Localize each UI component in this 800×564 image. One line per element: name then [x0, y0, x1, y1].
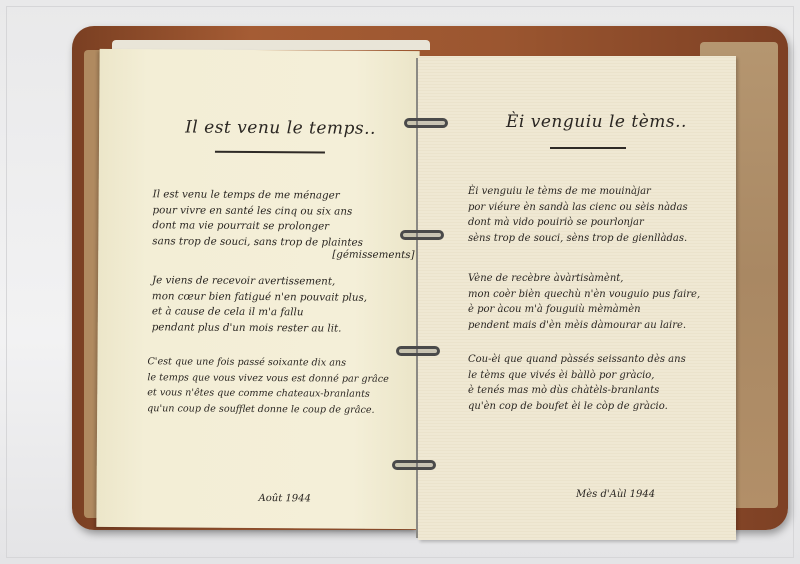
- binder-ring: [392, 460, 436, 470]
- left-page-date: Août 1944: [258, 493, 310, 504]
- poem-line: qu'èn cop de boufet èi le còp de gràcio.: [468, 399, 686, 415]
- right-page: Èi venguiu le tèms.. Èi venguiu le tèms …: [418, 56, 736, 540]
- title-underline: [550, 147, 626, 149]
- left-stanza-3: C'est que une fois passé soixante dix an…: [147, 354, 389, 418]
- poem-line: dont ma vie pourrait se prolonger: [152, 218, 414, 235]
- poem-line: et à cause de cela il m'a fallu: [152, 304, 367, 321]
- left-page-title: Il est venu le temps..: [185, 117, 376, 138]
- poem-line: et vous n'êtes que comme chateaux-branla…: [147, 385, 389, 402]
- poem-line: dont mà vido pouiriò se pourlonjar: [468, 215, 688, 231]
- binder-ring: [404, 118, 448, 128]
- poem-line: pendent mais d'èn mèis dàmourar au laire…: [468, 318, 700, 334]
- poem-line: Je viens de recevoir avertissement,: [152, 273, 367, 290]
- poem-line: le temps que vous vivez vous est donné p…: [147, 370, 389, 387]
- right-page-date: Mès d'Aùl 1944: [576, 489, 655, 500]
- left-page: Il est venu le temps.. Il est venu le te…: [96, 49, 419, 529]
- binder-ring: [396, 346, 440, 356]
- right-stanza-1: Èi venguiu le tèms de me mouinàjar por v…: [468, 184, 688, 246]
- poem-line: mon coèr bièn quechù n'èn vouguio pus fa…: [468, 287, 700, 303]
- poem-line: Èi venguiu le tèms de me mouinàjar: [468, 184, 688, 200]
- poem-line: Vène de recèbre àvàrtisàmènt,: [468, 271, 700, 287]
- right-stanza-2: Vène de recèbre àvàrtisàmènt, mon coèr b…: [468, 271, 700, 333]
- poem-line: pendant plus d'un mois rester au lit.: [152, 320, 367, 337]
- left-stanza-2: Je viens de recevoir avertissement, mon …: [152, 273, 368, 337]
- binder-ring: [400, 230, 444, 240]
- poem-line: sèns trop de souci, sèns trop de gienllà…: [468, 231, 688, 247]
- right-page-title: Èi venguiu le tèms..: [506, 112, 687, 132]
- poem-line: è por àcou m'à fouguiù mèmàmèn: [468, 302, 700, 318]
- poem-line: Cou-èi que quand pàssés seissanto dès an…: [468, 352, 686, 368]
- title-underline: [215, 151, 325, 154]
- poem-line: por viéure èn sandà las cienc ou sèis nà…: [468, 200, 688, 216]
- poem-line: mon cœur bien fatigué n'en pouvait plus,: [152, 289, 367, 306]
- poem-line: le tèms que vivés èi bàllò por gràcio,: [468, 368, 686, 384]
- poem-line: è tenés mas mò dùs chàtèls-branlants: [468, 383, 686, 399]
- poem-line: pour vivre en santé les cinq ou six ans: [152, 203, 414, 220]
- poem-line: C'est que une fois passé soixante dix an…: [147, 354, 389, 371]
- right-stanza-3: Cou-èi que quand pàssés seissanto dès an…: [468, 352, 686, 414]
- left-stanza-1: Il est venu le temps de me ménager pour …: [152, 187, 415, 263]
- poem-line: Il est venu le temps de me ménager: [153, 187, 415, 204]
- poem-line: qu'un coup de soufflet donne le coup de …: [147, 401, 389, 418]
